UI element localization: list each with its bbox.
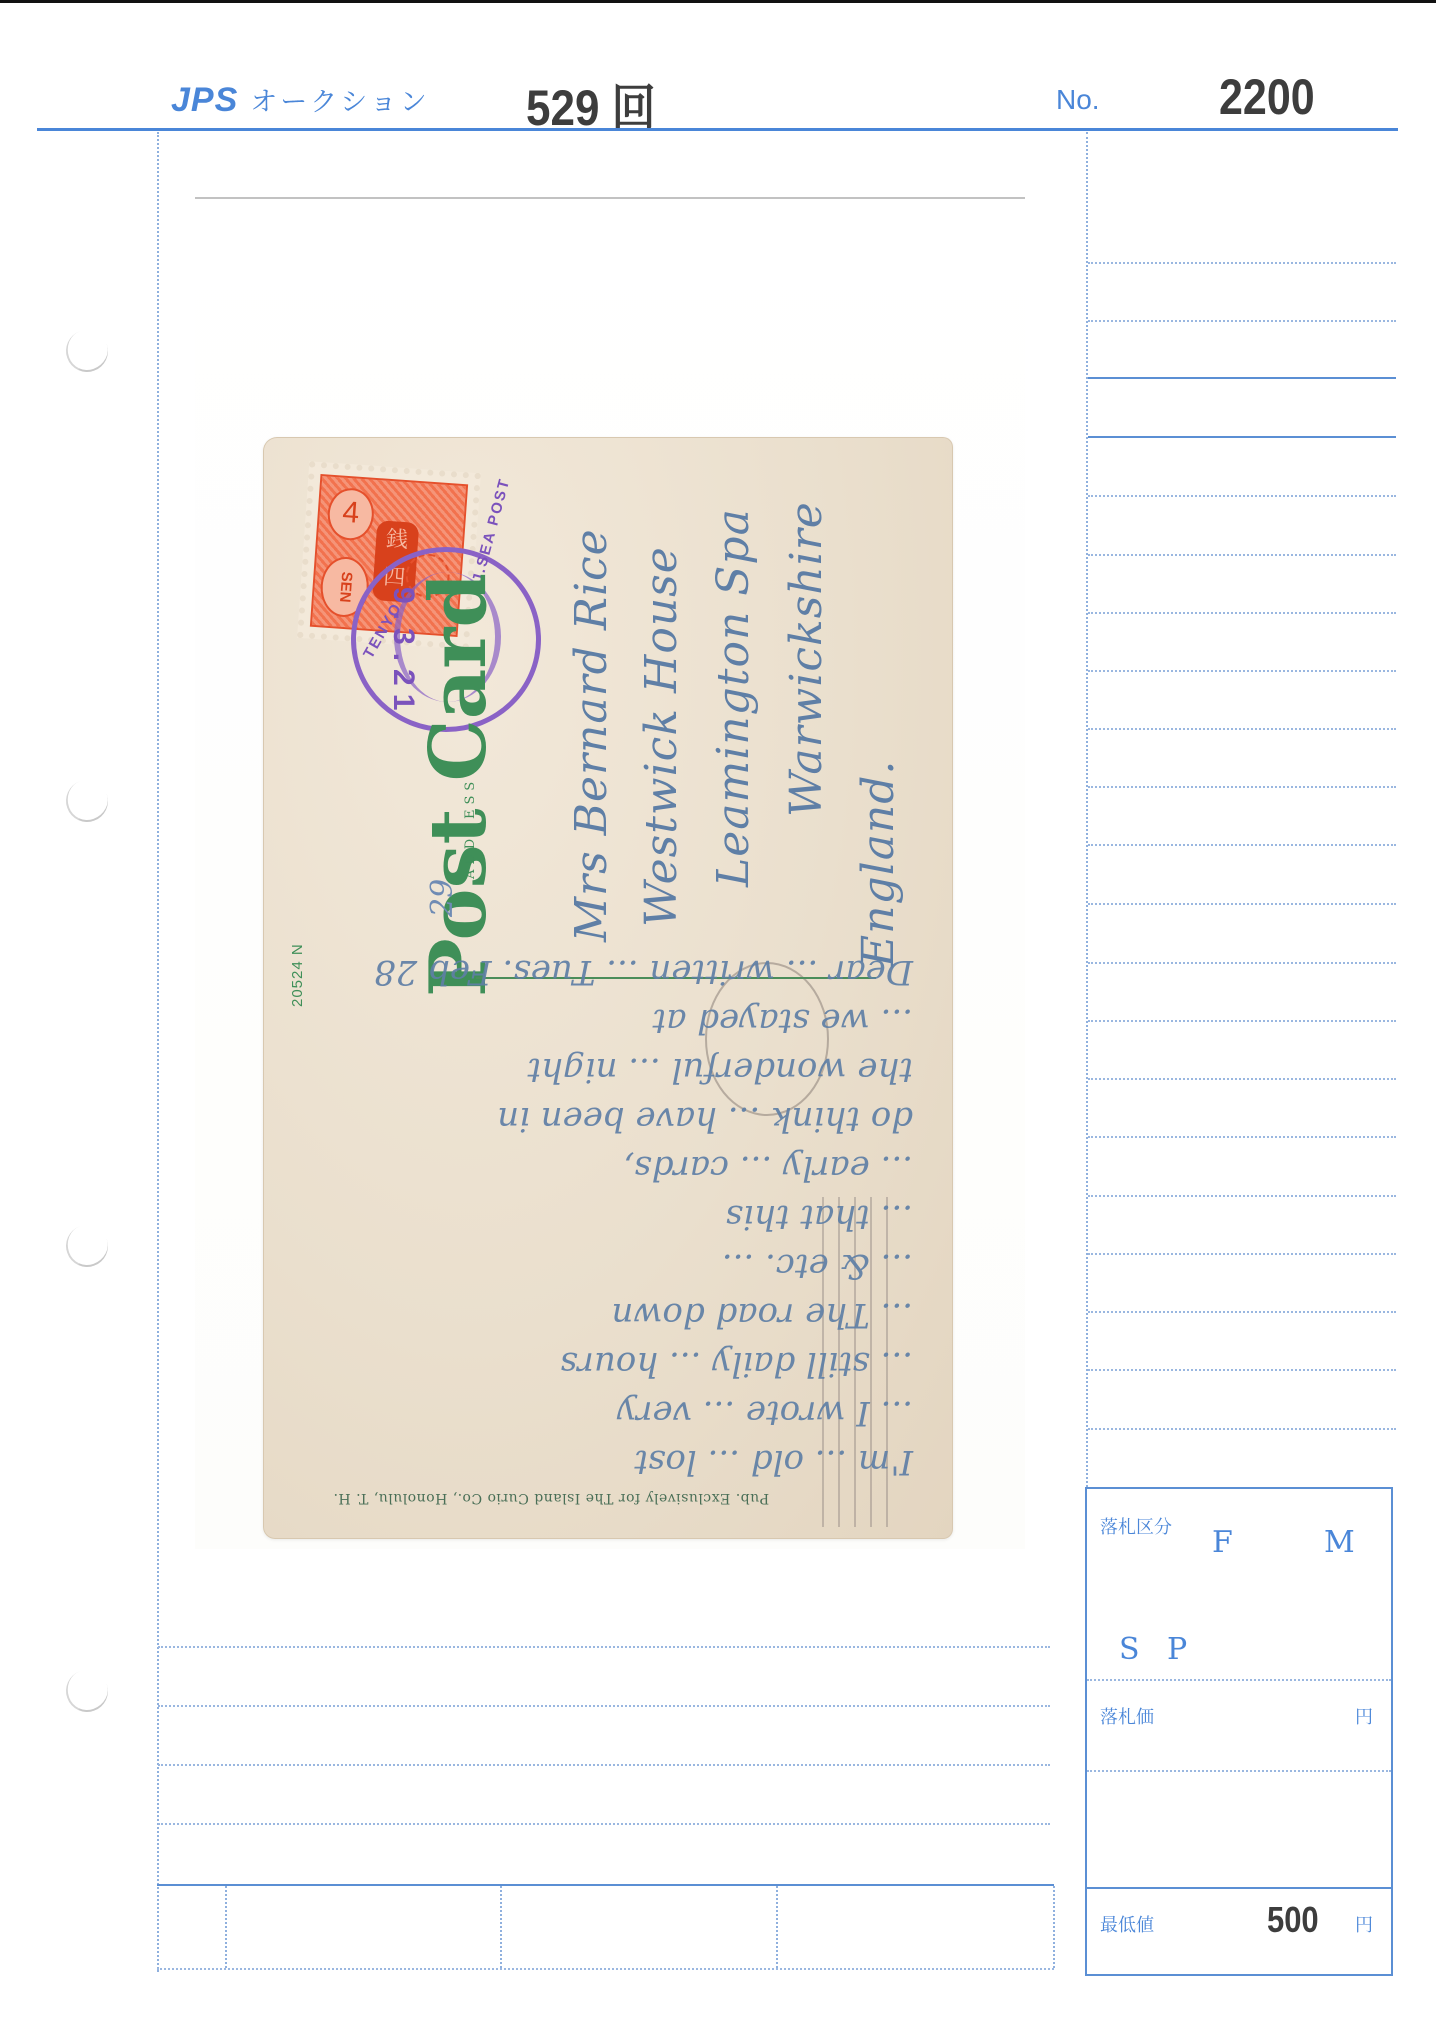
ruled-line	[1088, 1078, 1396, 1080]
publisher-imprint: Pub. Exclusively for The Island Curio Co…	[333, 1490, 769, 1506]
message-line: Dear ... written ... Tues. Feb 28	[374, 952, 913, 992]
ruled-line	[1088, 728, 1396, 730]
address-label: ADDRESS	[463, 777, 478, 879]
grid-cell-divider	[1053, 1886, 1055, 1968]
stamp-value: 4	[326, 487, 376, 542]
message-line: ... that this	[726, 1197, 913, 1237]
bid-class-option-s[interactable]: S	[1119, 1632, 1140, 1667]
ruled-line	[1088, 1253, 1396, 1255]
sleeve-top-edge	[195, 197, 1025, 199]
message-line: ... & etc. ...	[722, 1246, 913, 1286]
ruled-line	[1088, 320, 1396, 322]
ruled-line	[1088, 1311, 1396, 1313]
grid-cell-divider	[776, 1886, 778, 1968]
notes-line	[158, 1823, 1050, 1825]
bid-class-label: 落札区分	[1100, 1513, 1172, 1539]
message-line: ... I wrote ... very	[617, 1393, 913, 1433]
message-line: do think ... have been in	[497, 1099, 913, 1139]
bid-class-option-m[interactable]: M	[1324, 1525, 1355, 1560]
header-rule	[37, 128, 1398, 131]
binder-hole-icon	[60, 774, 114, 828]
ruled-line	[1088, 377, 1396, 379]
bid-class-divider	[1087, 1679, 1391, 1681]
message-line: ... early ... cards,	[623, 1148, 913, 1188]
notes-line	[158, 1705, 1050, 1707]
center-divider-line	[1086, 132, 1088, 1487]
minimum-price-value: 500	[1267, 1899, 1319, 1941]
ruled-line	[1088, 786, 1396, 788]
lot-number-label: No.	[1056, 84, 1100, 116]
message-line: I'm ... old ... lost	[634, 1442, 913, 1482]
grid-bottom-rule	[157, 1968, 1054, 1970]
postcard-serial: 20524 N	[289, 943, 306, 1007]
bid-class-option-f[interactable]: F	[1212, 1525, 1233, 1560]
address-line: England.	[853, 760, 904, 967]
winning-price-unit: 円	[1355, 1703, 1373, 1729]
address-line: Leamington Spa	[708, 508, 759, 887]
message-line: ... we stayed at	[653, 1001, 913, 1041]
left-margin-line	[157, 132, 159, 1972]
ruled-line	[1088, 612, 1396, 614]
binder-hole-icon	[60, 1219, 114, 1273]
ruled-line	[1088, 1369, 1396, 1371]
brand-logo: JPS	[171, 81, 238, 120]
notes-line	[158, 1764, 1050, 1766]
brand-auction-label: オークション	[250, 80, 429, 119]
grid-cell-divider	[225, 1886, 227, 1968]
ruled-line	[1088, 670, 1396, 672]
ruled-line	[1088, 1136, 1396, 1138]
ruled-line	[1088, 262, 1396, 264]
binder-hole-icon	[60, 1664, 114, 1718]
ruled-line	[1088, 903, 1396, 905]
postcard: 4 SEN 銭四 9.3.21 TENYO I.J.SEA POST 20524…	[263, 437, 953, 1539]
ruled-line	[1088, 554, 1396, 556]
lot-number: 2200	[1219, 68, 1315, 126]
ruled-line	[1088, 1428, 1396, 1430]
message-line: ... The road down	[611, 1295, 913, 1335]
bid-min-divider	[1087, 1887, 1391, 1889]
notes-line	[158, 1646, 1050, 1648]
address-line: Westwick House	[636, 546, 687, 927]
message-line: ... still daily ... hours	[560, 1344, 913, 1384]
ruled-line	[1088, 495, 1396, 497]
auction-brand: JPS オークション	[171, 80, 430, 124]
scan-top-edge	[0, 0, 1436, 3]
address-line: Warwickshire	[781, 501, 832, 817]
minimum-price-unit: 円	[1355, 1911, 1373, 1937]
winning-price-label: 落札価	[1100, 1703, 1154, 1729]
bid-class-option-p[interactable]: P	[1167, 1632, 1187, 1667]
message-line: the wonderful ... night	[527, 1050, 913, 1090]
grid-cell-divider	[500, 1886, 502, 1968]
handwritten-number: 29	[425, 879, 460, 917]
address-line: Mrs Bernard Rice	[566, 528, 617, 942]
grid-top-rule	[157, 1884, 1054, 1886]
minimum-price-label: 最低値	[1100, 1911, 1154, 1937]
bid-panel: 落札区分 F M S P 落札価 円 最低値 500 円	[1085, 1487, 1393, 1976]
binder-hole-icon	[60, 324, 114, 378]
ruled-line	[1088, 1195, 1396, 1197]
ruled-line	[1088, 962, 1396, 964]
ruled-line	[1088, 844, 1396, 846]
ruled-line	[1088, 436, 1396, 438]
ruled-line	[1088, 1020, 1396, 1022]
postcard-title: Post Card	[413, 573, 504, 997]
bid-price-divider	[1087, 1770, 1391, 1772]
